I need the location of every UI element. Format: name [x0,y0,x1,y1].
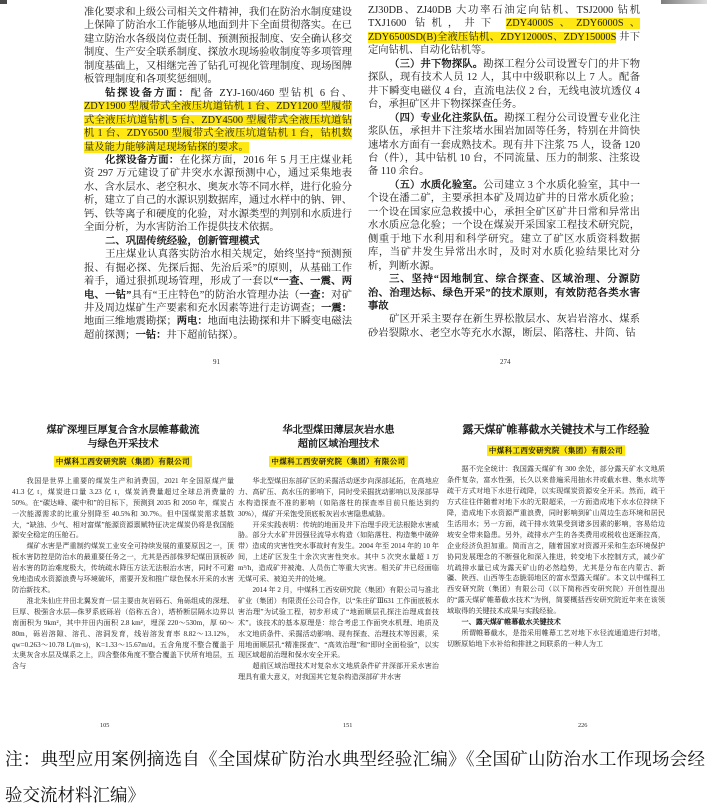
organization-line: 中煤科工西安研究院（集团）有限公司 [238,457,439,468]
article-title-line: 露天煤矿帷幕截水关键技术与工作经验 [447,424,665,438]
text-segment: 井下超前钻探）。 [166,330,243,341]
paragraph: 我国是世界上重要的煤炭生产和消费国，2021 年全国原煤产量 41.3 亿 t，… [12,476,234,541]
article-title: 华北型煤田薄层灰岩水患 超前区域治理技术 [238,424,439,451]
text-segment: （五）水质化验室。 [389,180,483,191]
article-body: 华北型煤田东部矿区的采掘活动逐步向深部延拓，在高地应力、高矿压、高水压的影响下，… [238,476,439,683]
text-segment: 煤矿水害是严重制约煤炭工业安全可持续发展的重要原因之一，顶板水害防控是防治水的最… [12,542,234,594]
text-segment: 两电： [177,316,208,327]
paragraph: 超前区域治理技术对复杂水文地质条件矿井深部开采水害治理具有重大意义，对我国其它复… [238,661,439,683]
scan-artifact-top-left [0,0,7,4]
text-segment: 一查： [300,290,332,301]
page-number-226: 226 [578,722,587,729]
article-title-line: 超前区域治理技术 [238,438,439,452]
highlighted-text: ZDY1900 型履带式全液压坑道钻机 1 台、ZDY1200 型履带式全液压坑… [84,101,352,152]
text-segment: （四）专业化注浆队伍。 [389,113,504,124]
paragraph: 钻探设备方面：配备 ZYJ-160/460 型钻机 6 台、ZDY1900 型履… [84,87,352,154]
paragraph: 煤矿水害是严重制约煤炭工业安全可持续发展的重要原因之一，顶板水害防控是防治水的最… [12,541,234,596]
organization-name: 中煤科工西安研究院（集团）有限公司 [487,445,625,456]
paragraph: 开采实践表明：传统的地面及井下治理手段无法根除水害威胁。部分大水矿井因强径流导水… [238,520,439,585]
text-segment: 二、巩固传统经验，创新管理模式 [105,236,259,247]
paragraph: 王庄煤业认真落实防治水相关规定，始终坚持“预测预报、有掘必探、先探后掘、先治后采… [84,248,352,342]
paragraph: 据不完全统计：我国露天煤矿有 300 余处，部分露天矿水文地质条件复杂，富水性强… [447,464,665,617]
paragraph: （五）水质化验室。公司建立 3 个水质化验室，其中一个设在潘二矿，主要承担本矿及… [368,179,640,273]
paragraph: 2014 年 2 月，中煤科工西安研究院（集团）有限公司与淮北矿业（集团）有限责… [238,585,439,661]
text-segment: 地面三维地震勘探； [84,316,177,327]
page-number-151: 151 [343,722,352,729]
text-segment: 在化探方面，2016 年 5 月王庄煤业耗资 297 万元建设了矿井突水水源预测… [84,155,352,233]
paragraph: （三）井下物探队。勘探工程分公司设置专门的井下物探队，现有技术人员 12 人，其… [368,58,640,112]
organization-line: 中煤科工西安研究院（集团）有限公司 [12,457,234,468]
page-number-91: 91 [213,358,220,366]
organization-line: 中煤科工西安研究院（集团）有限公司 [447,446,665,457]
organization-name: 中煤科工西安研究院（集团）有限公司 [269,456,407,467]
text-segment: 准化要求和上级公司相关文件精神，我们在防治水制度建设上保障了防治水工作能够从地面… [84,7,352,85]
page-number-105: 105 [100,722,109,729]
text-segment: 三、坚持“因地制宜、综合探查、区域治理、分源防治、治理达标、绿色开采”的技术原则… [368,274,640,312]
text-segment: 超前区域治理技术对复杂水文地质条件矿井深部开采水害治理具有重大意义，对我国其它复… [238,662,439,681]
paragraph: （四）专业化注浆队伍。勘探工程分公司设置专业化注浆队伍，承担井下注浆堵水围岩加固… [368,112,640,179]
text-segment: 开采实践表明：传统的地面及井下治理手段无法根除水害威胁。部分大水矿井因强径流导水… [238,521,439,584]
text-segment: 一钻： [135,330,166,341]
paragraph: 化探设备方面：在化探方面，2016 年 5 月王庄煤业耗资 297 万元建设了矿… [84,154,352,235]
article-title: 煤矿深埋巨厚复合含水层帷幕截流 与绿色开采技术 [12,424,234,451]
text-segment: 配备 ZYJ-160/460 型钻机 6 台、 [191,88,352,99]
scan-artifact-top-right [661,0,707,4]
scan-page-top-left: 准化要求和上级公司相关文件精神，我们在防治水制度建设上保障了防治水工作能够从地面… [84,6,352,342]
organization-name: 中煤科工西安研究院（集团）有限公司 [54,456,192,467]
text-segment: 一、露天煤矿帷幕截水关键技术 [462,618,561,626]
text-segment: 华北型煤田东部矿区的采掘活动逐步向深部延拓，在高地应力、高矿压、高水压的影响下，… [238,477,439,518]
article-title-line: 华北型煤田薄层灰岩水患 [238,424,439,438]
article-title-line: 与绿色开采技术 [12,438,234,452]
paragraph: 准化要求和上级公司相关文件精神，我们在防治水制度建设上保障了防治水工作能够从地面… [84,6,352,87]
article-body: 我国是世界上重要的煤炭生产和消费国，2021 年全国原煤产量 41.3 亿 t，… [12,476,234,672]
paragraph: 三、坚持“因地制宜、综合探查、区域治理、分源防治、治理达标、绿色开采”的技术原则… [368,273,640,313]
text-segment: 我国是世界上重要的煤炭生产和消费国，2021 年全国原煤产量 41.3 亿 t，… [12,477,234,540]
text-segment: 据不完全统计：我国露天煤矿有 300 余处，部分露天矿水文地质条件复杂，富水性强… [447,465,665,615]
scan-page-bottom-middle: 华北型煤田薄层灰岩水患 超前区域治理技术 中煤科工西安研究院（集团）有限公司 华… [238,420,439,683]
scan-page-bottom-right: 露天煤矿帷幕截水关键技术与工作经验 中煤科工西安研究院（集团）有限公司 据不完全… [447,414,665,650]
article-title: 露天煤矿帷幕截水关键技术与工作经验 [447,424,665,438]
scan-page-top-right: ZJ30DB、ZJ40DB 大功率石油定向钻机、TSJ2000 钻机 TXJ16… [368,4,640,340]
text-segment: 淮北朱仙庄井田北翼发育一层主要由灰岩砾石、角砾组成的深埋、巨厚、极强含水层—侏罗… [12,597,234,670]
paragraph: 矿区开采主要存在新生界松散层水、灰岩岩溶水、煤系砂岩裂隙水、老空水等充水水源，断… [368,313,640,340]
text-segment: 2014 年 2 月，中煤科工西安研究院（集团）有限公司与淮北矿业（集团）有限责… [238,586,439,659]
paragraph: 一、露天煤矿帷幕截水关键技术 [447,617,665,628]
text-segment: 矿区开采主要存在新生界松散层水、灰岩岩溶水、煤系砂岩裂隙水、老空水等充水水源，断… [368,314,640,338]
text-segment: 化探设备方面： [105,155,179,166]
scan-page-bottom-left: 煤矿深埋巨厚复合含水层帷幕截流 与绿色开采技术 中煤科工西安研究院（集团）有限公… [12,420,234,672]
text-segment: 具有“王庄特色”的防治水管理办法（ [131,290,299,301]
article-title-line: 煤矿深埋巨厚复合含水层帷幕截流 [12,424,234,438]
paragraph: ZJ30DB、ZJ40DB 大功率石油定向钻机、TSJ2000 钻机 TXJ16… [368,4,640,58]
paragraph: 淮北朱仙庄井田北翼发育一层主要由灰岩砾石、角砾组成的深埋、巨厚、极强含水层—侏罗… [12,596,234,672]
paragraph: 二、巩固传统经验，创新管理模式 [84,235,352,248]
text-segment: 一震： [321,303,352,314]
page-number-274: 274 [500,358,511,366]
text-segment: （三）井下物探队。 [389,59,483,70]
source-note: 注：典型应用案例摘选自《全国煤矿防治水典型经验汇编》《全国矿山防治水工作现场会经… [5,742,705,808]
paragraph: 所谓帷幕截水，是指采用帷幕工艺对地下水径流通道进行封堵，切断原始地下水补给和排泄… [447,628,665,650]
article-body: 据不完全统计：我国露天煤矿有 300 余处，部分露天矿水文地质条件复杂，富水性强… [447,464,665,649]
text-segment: 钻探设备方面： [105,88,190,99]
text-segment: 所谓帷幕截水，是指采用帷幕工艺对地下水径流通道进行封堵，切断原始地下水补给和排泄… [447,629,665,648]
paragraph: 华北型煤田东部矿区的采掘活动逐步向深部延拓，在高地应力、高矿压、高水压的影响下，… [238,476,439,520]
text-segment: 公司建立 3 个水质化验室，其中一个设在潘二矿，主要承担本矿及周边矿井的日常水质… [368,180,640,272]
